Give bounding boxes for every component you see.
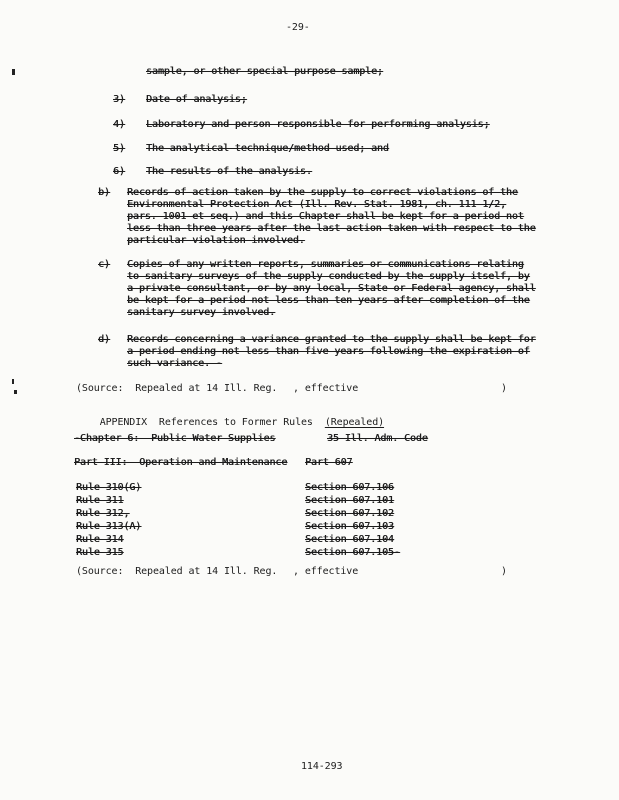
scan-speck	[14, 390, 17, 394]
page-number-top: -29-	[286, 22, 310, 34]
scan-speck	[12, 69, 15, 75]
item-label: 5)	[113, 143, 125, 155]
para-label: c)	[98, 259, 110, 271]
source-text: (Source: Repealed at 14 Ill. Reg.	[76, 383, 277, 395]
chapter-title: -Chapter 6: Public Water Supplies	[74, 433, 275, 445]
section-cell: Section 607.104	[305, 534, 394, 546]
part-number: Part 607	[305, 457, 352, 469]
item-label: 4)	[113, 119, 125, 131]
item-label: 6)	[113, 166, 125, 178]
section-cell: Section 607.103	[305, 521, 394, 533]
runover-line: sample, or other special purpose sample;	[146, 66, 383, 78]
item-text: Laboratory and person responsible for pe…	[146, 119, 489, 131]
source-close-paren: )	[501, 383, 507, 395]
rule-cell: Rule 310(G)	[76, 482, 141, 494]
document-page: -29- sample, or other special purpose sa…	[0, 0, 619, 800]
section-cell: Section 607.105-	[305, 547, 400, 559]
para-text: Copies of any written reports, summaries…	[127, 259, 572, 319]
appendix-repealed-note: (Repealed)	[325, 417, 384, 428]
source-effective: , effective	[293, 566, 358, 578]
rule-cell: Rule 314	[76, 534, 123, 546]
item-text: The analytical technique/method used; an…	[146, 143, 389, 155]
rule-cell: Rule 315	[76, 547, 123, 559]
item-text: The results of the analysis.	[146, 166, 312, 178]
adm-code-ref: 35 Ill. Adm. Code	[327, 433, 428, 445]
page-number-bottom: 114-293	[301, 761, 342, 773]
para-text: Records concerning a variance granted to…	[127, 334, 572, 370]
item-text: Date of analysis;	[146, 94, 247, 106]
scan-speck	[12, 379, 14, 384]
source-text: (Source: Repealed at 14 Ill. Reg.	[76, 566, 277, 578]
para-text: Records of action taken by the supply to…	[127, 187, 572, 247]
section-cell: Section 607.101	[305, 495, 394, 507]
part-title: Part III: Operation and Maintenance	[74, 457, 287, 469]
section-cell: Section 607.102	[305, 508, 394, 520]
appendix-title: APPENDIX References to Former Rules	[100, 417, 313, 428]
para-label: b)	[98, 187, 110, 199]
rule-cell: Rule 313(A)	[76, 521, 141, 533]
para-label: d)	[98, 334, 110, 346]
rule-cell: Rule 311	[76, 495, 123, 507]
item-label: 3)	[113, 94, 125, 106]
section-cell: Section 607.106	[305, 482, 394, 494]
rule-cell: Rule 312,	[76, 508, 129, 520]
source-close-paren: )	[501, 566, 507, 578]
source-effective: , effective	[293, 383, 358, 395]
